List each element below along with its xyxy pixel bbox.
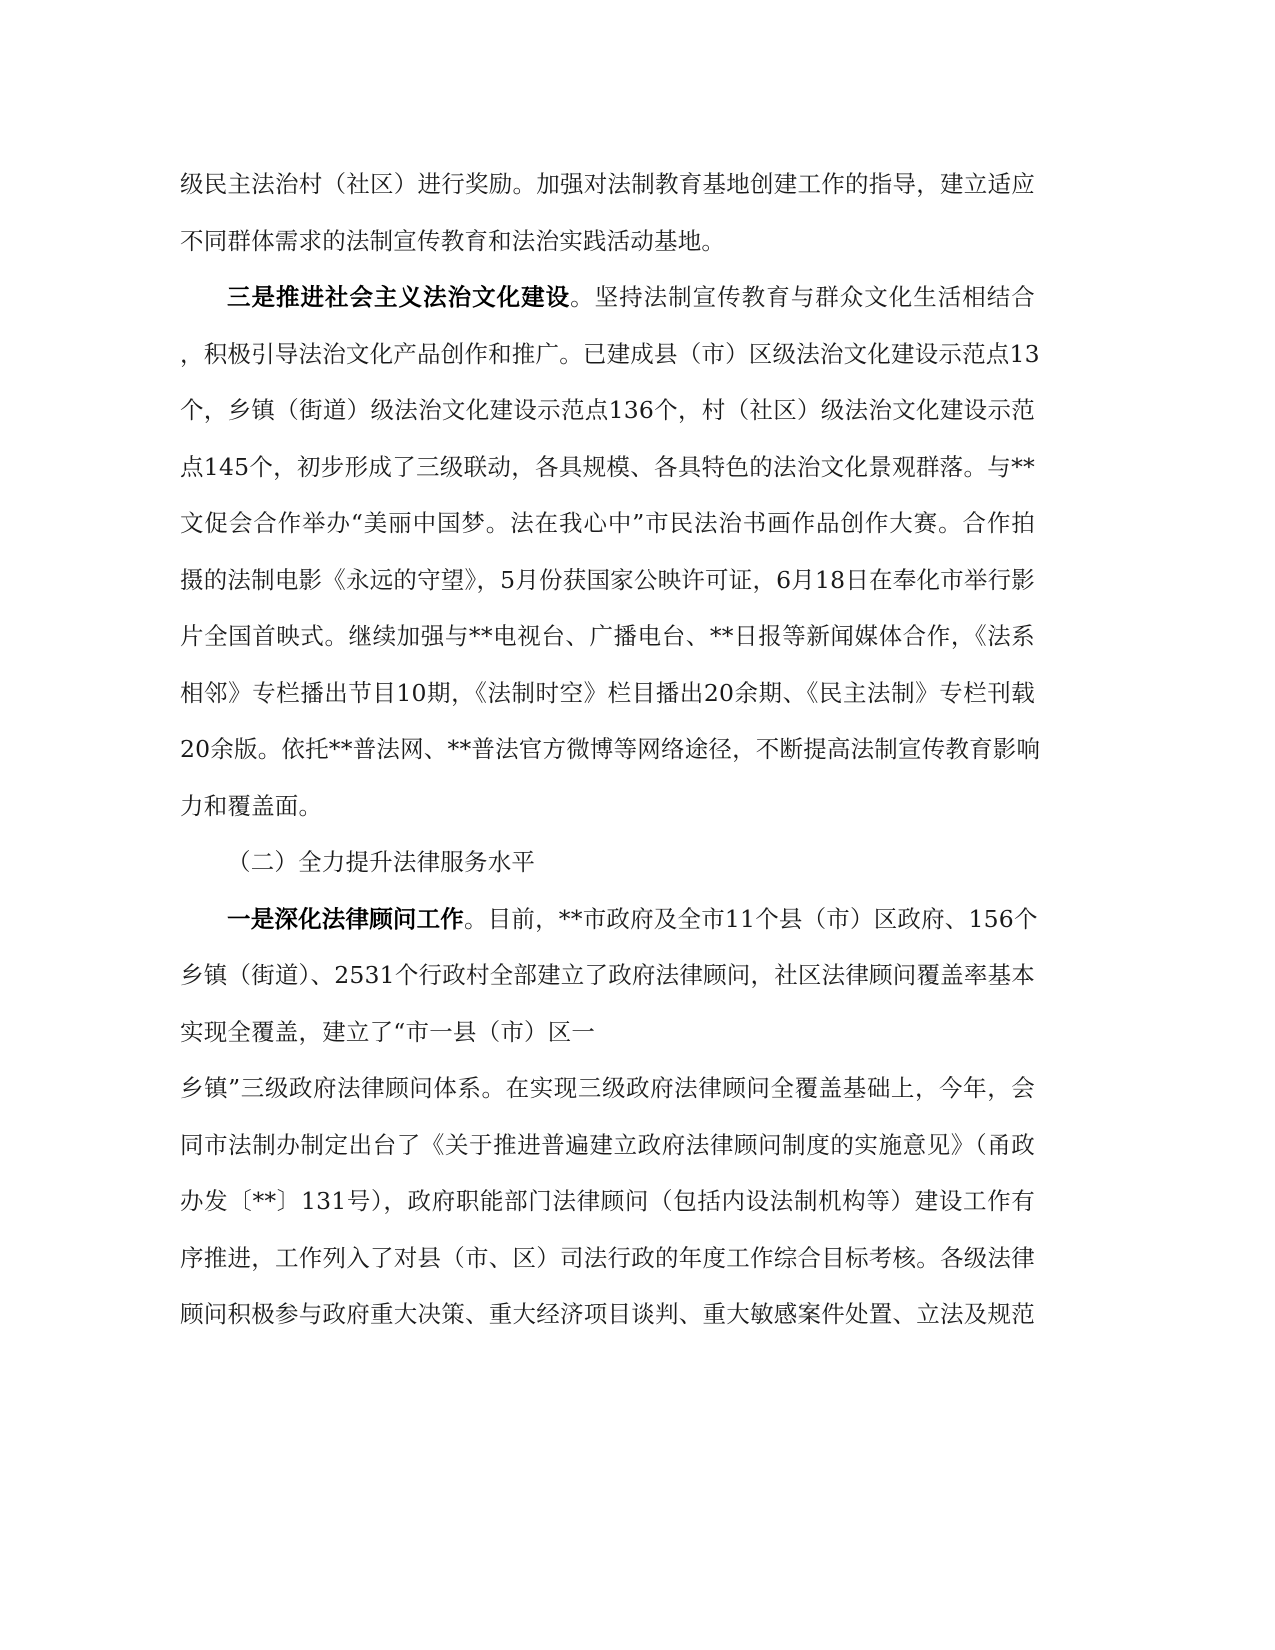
bold-lead-text: 三是推进社会主义法治文化建设 [227, 283, 570, 311]
paragraph-lead-line: 一是深化法律顾问工作。目前，**市政府及全市11个县（市）区政府、156个 [180, 897, 1035, 954]
text-line: 文促会合作举办“美丽中国梦。法在我心中”市民法治书画作品创作大赛。合作拍 [180, 501, 1035, 558]
text-line: 办发〔**〕131号），政府职能部门法律顾问（包括内设法制机构等）建设工作有 [180, 1179, 1035, 1236]
bold-lead-text: 一是深化法律顾问工作 [227, 905, 464, 933]
text-line: 个，乡镇（街道）级法治文化建设示范点136个，村（社区）级法治文化建设示范 [180, 388, 1035, 445]
text-line: 不同群体需求的法制宣传教育和法治实践活动基地。 [180, 219, 1035, 276]
text-line: 片全国首映式。继续加强与**电视台、广播电台、**日报等新闻媒体合作，《法系 [180, 614, 1035, 671]
lead-rest-text: 。目前，**市政府及全市11个县（市）区政府、156个 [464, 905, 1038, 933]
text-line: 乡镇（街道）、2531个行政村全部建立了政府法律顾问，社区法律顾问覆盖率基本 [180, 953, 1035, 1010]
text-line: 实现全覆盖，建立了“市一县（市）区一 [180, 1010, 1035, 1067]
text-line: 相邻》专栏播出节目10期，《法制时空》栏目播出20余期、《民主法制》专栏刊载 [180, 671, 1035, 728]
section-heading: （二）全力提升法律服务水平 [180, 840, 1035, 897]
text-line: 顾问积极参与政府重大决策、重大经济项目谈判、重大敏感案件处置、立法及规范 [180, 1292, 1035, 1349]
text-line: 点145个，初步形成了三级联动，各具规模、各具特色的法治文化景观群落。与** [180, 445, 1035, 502]
text-line: 同市法制办制定出台了《关于推进普遍建立政府法律顾问制度的实施意见》（甬政 [180, 1123, 1035, 1180]
text-line: 乡镇”三级政府法律顾问体系。在实现三级政府法律顾问全覆盖基础上，今年，会 [180, 1066, 1035, 1123]
text-line: 序推进，工作列入了对县（市、区）司法行政的年度工作综合目标考核。各级法律 [180, 1236, 1035, 1293]
paragraph-lead-line: 三是推进社会主义法治文化建设。坚持法制宣传教育与群众文化生活相结合 [180, 275, 1035, 332]
text-line: ，积极引导法治文化产品创作和推广。已建成县（市）区级法治文化建设示范点13 [180, 332, 1035, 389]
text-line: 级民主法治村（社区）进行奖励。加强对法制教育基地创建工作的指导，建立适应 [180, 162, 1035, 219]
text-line: 摄的法制电影《永远的守望》，5月份获国家公映许可证，6月18日在奉化市举行影 [180, 558, 1035, 615]
text-line: 20余版。依托**普法网、**普法官方微博等网络途径，不断提高法制宣传教育影响 [180, 727, 1035, 784]
document-page: 级民主法治村（社区）进行奖励。加强对法制教育基地创建工作的指导，建立适应 不同群… [180, 162, 1035, 1349]
lead-rest-text: 。坚持法制宣传教育与群众文化生活相结合 [570, 283, 1035, 311]
text-line: 力和覆盖面。 [180, 784, 1035, 841]
